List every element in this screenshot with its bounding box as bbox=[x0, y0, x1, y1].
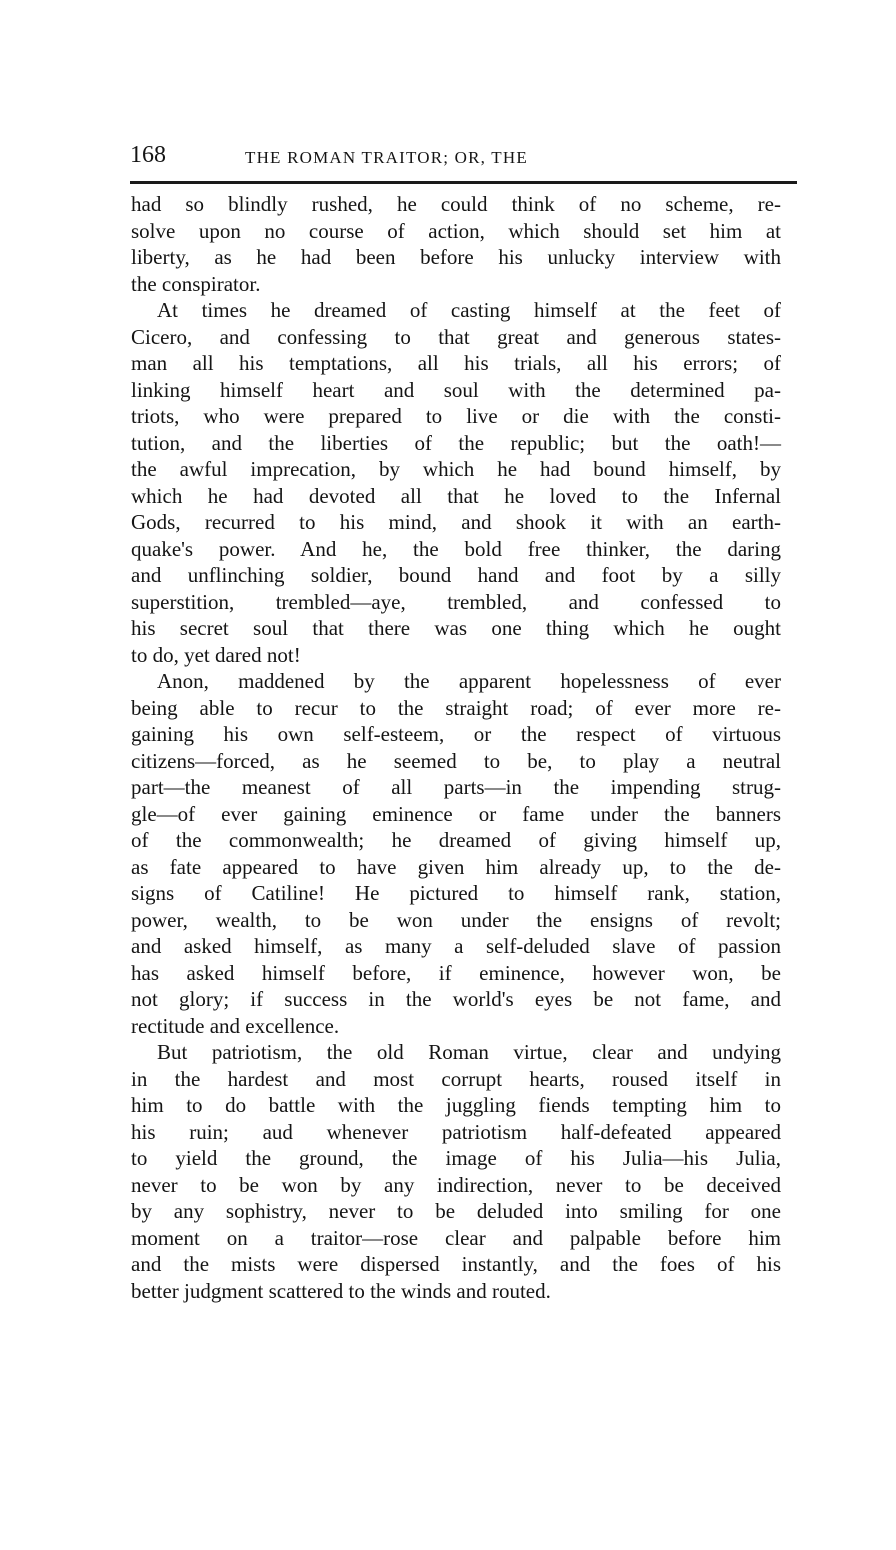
text-line: liberty, as he had been before his unluc… bbox=[131, 244, 781, 271]
text-line: linking himself heart and soul with the … bbox=[131, 377, 781, 404]
text-line: not glory; if success in the world's eye… bbox=[131, 986, 781, 1013]
text-line: to do, yet dared not! bbox=[131, 642, 781, 669]
text-line: has asked himself before, if eminence, h… bbox=[131, 960, 781, 987]
text-line: gaining his own self-esteem, or the resp… bbox=[131, 721, 781, 748]
book-page: 168 THE ROMAN TRAITOR; OR, THE had so bl… bbox=[0, 0, 896, 1550]
page-number: 168 bbox=[130, 142, 166, 169]
text-line: rectitude and excellence. bbox=[131, 1013, 781, 1040]
text-line: and unflinching soldier, bound hand and … bbox=[131, 562, 781, 589]
text-line: to yield the ground, the image of his Ju… bbox=[131, 1145, 781, 1172]
text-line: in the hardest and most corrupt hearts, … bbox=[131, 1066, 781, 1093]
text-line: quake's power. And he, the bold free thi… bbox=[131, 536, 781, 563]
text-line: power, wealth, to be won under the ensig… bbox=[131, 907, 781, 934]
text-line: citizens—forced, as he seemed to be, to … bbox=[131, 748, 781, 775]
text-line: superstition, trembled—aye, trembled, an… bbox=[131, 589, 781, 616]
text-line: by any sophistry, never to be deluded in… bbox=[131, 1198, 781, 1225]
text-line: and the mists were dispersed instantly, … bbox=[131, 1251, 781, 1278]
text-line: triots, who were prepared to live or die… bbox=[131, 403, 781, 430]
paragraph: had so blindly rushed, he could think of… bbox=[131, 191, 781, 297]
running-head: 168 THE ROMAN TRAITOR; OR, THE bbox=[130, 142, 800, 172]
text-line: the conspirator. bbox=[131, 271, 781, 298]
text-line: man all his temptations, all his trials,… bbox=[131, 350, 781, 377]
text-line: signs of Catiline! He pictured to himsel… bbox=[131, 880, 781, 907]
text-line: the awful imprecation, by which he had b… bbox=[131, 456, 781, 483]
paragraph: At times he dreamed of casting himself a… bbox=[131, 297, 781, 668]
text-line: part—the meanest of all parts—in the imp… bbox=[131, 774, 781, 801]
text-line: better judgment scattered to the winds a… bbox=[131, 1278, 781, 1305]
text-line: as fate appeared to have given him alrea… bbox=[131, 854, 781, 881]
text-line: being able to recur to the straight road… bbox=[131, 695, 781, 722]
paragraph: Anon, maddened by the apparent hopelessn… bbox=[131, 668, 781, 1039]
text-line: of the commonwealth; he dreamed of givin… bbox=[131, 827, 781, 854]
text-line: him to do battle with the juggling fiend… bbox=[131, 1092, 781, 1119]
body-text: had so blindly rushed, he could think of… bbox=[131, 191, 781, 1304]
text-line: and asked himself, as many a self-delude… bbox=[131, 933, 781, 960]
text-line: solve upon no course of action, which sh… bbox=[131, 218, 781, 245]
text-line: had so blindly rushed, he could think of… bbox=[131, 191, 781, 218]
text-line: Anon, maddened by the apparent hopelessn… bbox=[131, 668, 781, 695]
paragraph: But patriotism, the old Roman virtue, cl… bbox=[131, 1039, 781, 1304]
text-line: never to be won by any indirection, neve… bbox=[131, 1172, 781, 1199]
text-line: Gods, recurred to his mind, and shook it… bbox=[131, 509, 781, 536]
running-title: THE ROMAN TRAITOR; OR, THE bbox=[245, 148, 528, 168]
header-rule bbox=[130, 181, 797, 184]
text-line: Cicero, and confessing to that great and… bbox=[131, 324, 781, 351]
text-line: his ruin; aud whenever patriotism half-d… bbox=[131, 1119, 781, 1146]
text-line: which he had devoted all that he loved t… bbox=[131, 483, 781, 510]
text-line: At times he dreamed of casting himself a… bbox=[131, 297, 781, 324]
text-line: tution, and the liberties of the republi… bbox=[131, 430, 781, 457]
text-line: moment on a traitor—rose clear and palpa… bbox=[131, 1225, 781, 1252]
text-line: his secret soul that there was one thing… bbox=[131, 615, 781, 642]
text-line: But patriotism, the old Roman virtue, cl… bbox=[131, 1039, 781, 1066]
text-line: gle—of ever gaining eminence or fame und… bbox=[131, 801, 781, 828]
